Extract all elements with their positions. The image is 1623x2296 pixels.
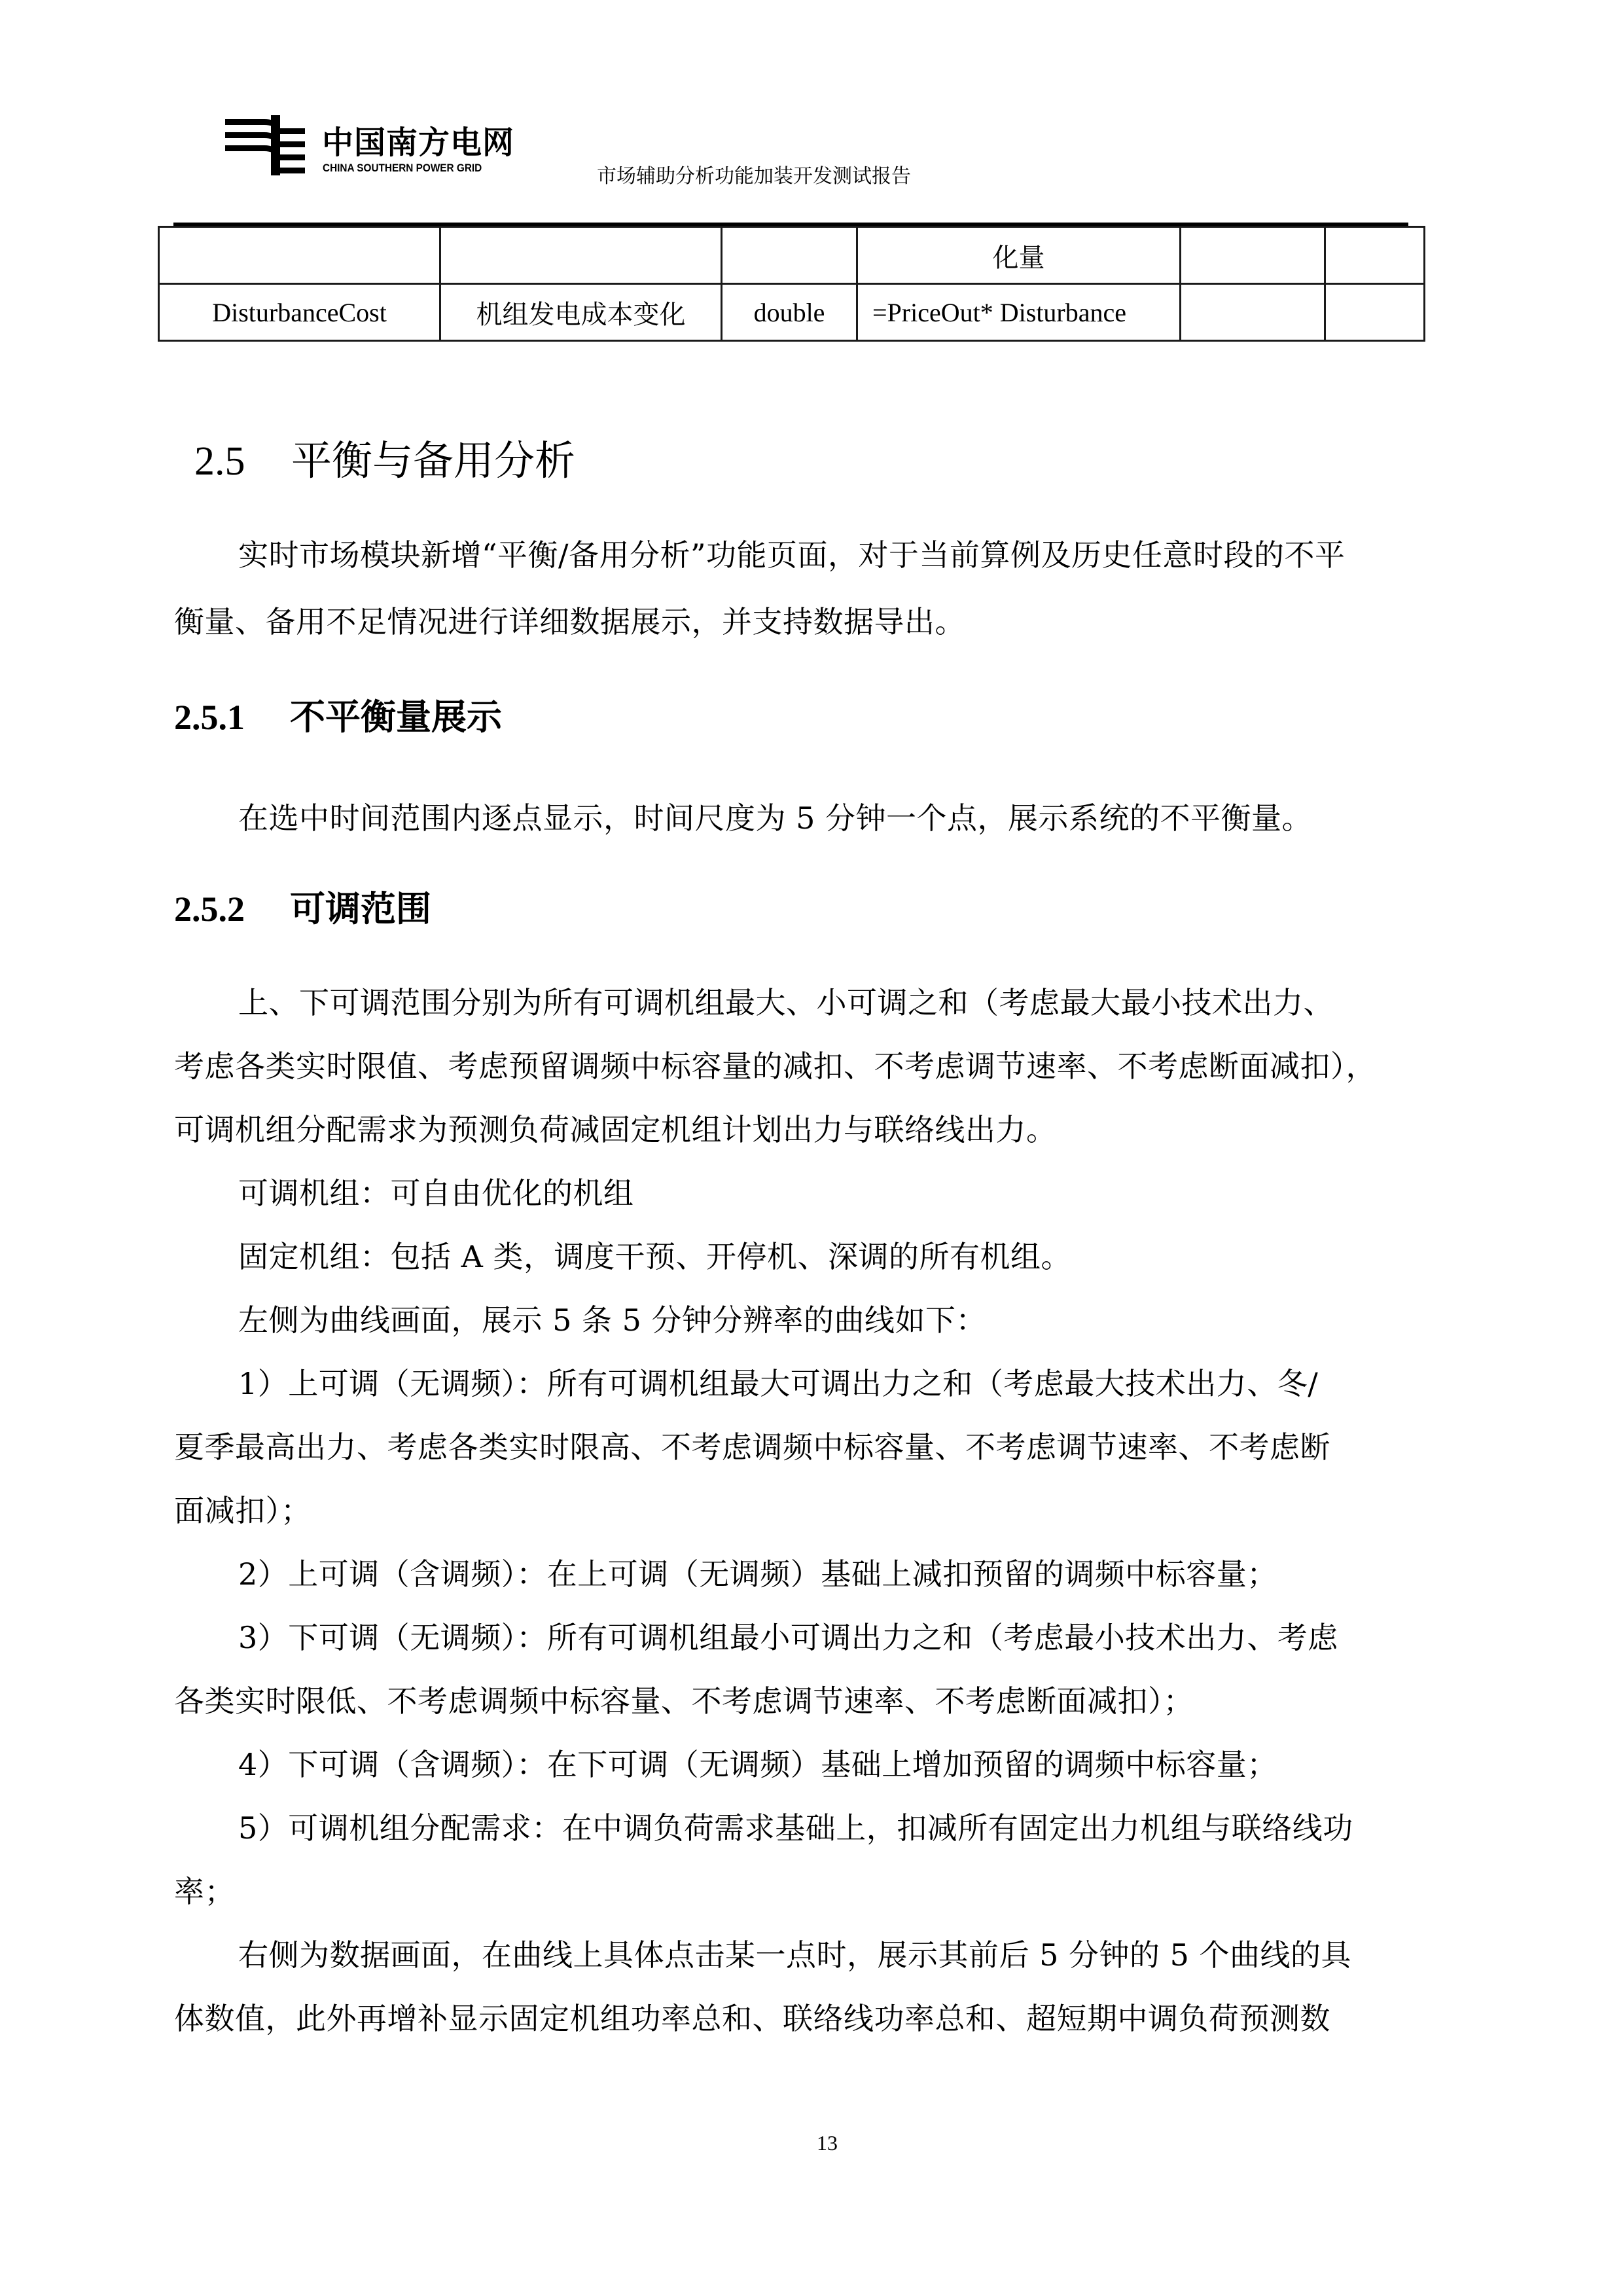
table-cell — [440, 227, 722, 284]
list-item-4: 4）下可调（含调频）：在下可调（无调频）基础上增加预留的调频中标容量； — [238, 1746, 1277, 1783]
section-title: 可调范围 — [290, 888, 431, 929]
paragraph-line: 在选中时间范围内逐点显示，时间尺度为 5 分钟一个点，展示系统的不平衡量。 — [238, 800, 1312, 836]
list-item-3-cont: 各类实时限低、不考虑调频中标容量、不考虑调节速率、不考虑断面减扣）； — [174, 1683, 1194, 1719]
table-cell-formula: =PriceOut* Disturbance — [857, 284, 1181, 341]
list-item-1-cont: 夏季最高出力、考虑各类实时限高、不考虑调频中标容量、不考虑调节速率、不考虑断 — [174, 1429, 1330, 1465]
paragraph-line: 考虑各类实时限值、考虑预留调频中标容量的减扣、不考虑调节速率、不考虑断面减扣）， — [174, 1048, 1376, 1085]
list-item-1-cont: 面减扣）； — [174, 1492, 312, 1529]
list-item-2: 2）上可调（含调频）：在上可调（无调频）基础上减扣预留的调频中标容量； — [238, 1556, 1277, 1592]
list-item-5: 5）可调机组分配需求：在中调负荷需求基础上，扣减所有固定出力机组与联络线功 — [238, 1810, 1353, 1846]
list-item-3: 3）下可调（无调频）：所有可调机组最小可调出力之和（考虑最小技术出力、考虑 — [238, 1619, 1338, 1656]
list-item-1: 1）上可调（无调频）：所有可调机组最大可调出力之和（考虑最大技术出力、冬/ — [238, 1365, 1318, 1402]
table-cell — [1325, 227, 1425, 284]
paragraph-line: 可调机组分配需求为预测负荷减固定机组计划出力与联络线出力。 — [174, 1111, 1057, 1148]
paragraph-line: 体数值，此外再增补显示固定机组功率总和、联络线功率总和、超短期中调负荷预测数 — [174, 2000, 1330, 2037]
paragraph-line: 左侧为曲线画面，展示 5 条 5 分钟分辨率的曲线如下： — [238, 1302, 986, 1338]
definition-adjustable-units: 可调机组：可自由优化的机组 — [238, 1175, 634, 1211]
table-cell: 化量 — [857, 227, 1181, 284]
table-cell-field-name: DisturbanceCost — [159, 284, 440, 341]
logo-english-name: CHINA SOUTHERN POWER GRID — [323, 162, 482, 174]
paragraph-line: 实时市场模块新增“平衡/备用分析”功能页面，对于当前算例及历史任意时段的不平 — [238, 537, 1346, 573]
section-heading-2-5-2: 2.5.2可调范围 — [174, 888, 431, 930]
field-spec-table: 化量 DisturbanceCost 机组发电成本变化 double =Pric… — [158, 226, 1425, 342]
china-southern-power-grid-logo-icon — [223, 115, 308, 175]
section-heading-2-5: 2.5平衡与备用分析 — [194, 437, 575, 485]
section-number: 2.5.1 — [174, 696, 290, 738]
page-number: 13 — [817, 2131, 838, 2155]
paragraph-line: 上、下可调范围分别为所有可调机组最大、小可调之和（考虑最大最小技术出力、 — [238, 984, 1334, 1021]
table-cell — [1181, 284, 1325, 341]
table-row: DisturbanceCost 机组发电成本变化 double =PriceOu… — [159, 284, 1425, 341]
list-item-5-cont: 率； — [174, 1873, 235, 1910]
paragraph-line: 右侧为数据画面，在曲线上具体点击某一点时，展示其前后 5 分钟的 5 个曲线的具 — [238, 1937, 1351, 1973]
section-number: 2.5 — [194, 438, 291, 485]
section-number: 2.5.2 — [174, 888, 290, 930]
definition-fixed-units: 固定机组：包括 A 类，调度干预、开停机、深调的所有机组。 — [238, 1238, 1071, 1275]
table-cell — [722, 227, 857, 284]
table-row: 化量 — [159, 227, 1425, 284]
table-cell — [1325, 284, 1425, 341]
logo-chinese-name: 中国南方电网 — [322, 126, 514, 160]
section-heading-2-5-1: 2.5.1不平衡量展示 — [174, 696, 502, 738]
table-cell — [1181, 227, 1325, 284]
table-cell-description: 机组发电成本变化 — [440, 284, 722, 341]
table-cell-type: double — [722, 284, 857, 341]
table-cell — [159, 227, 440, 284]
document-title: 市场辅助分析功能加装开发测试报告 — [597, 164, 911, 190]
paragraph-line: 衡量、备用不足情况进行详细数据展示，并支持数据导出。 — [174, 603, 965, 640]
section-title: 平衡与备用分析 — [291, 437, 575, 484]
section-title: 不平衡量展示 — [290, 696, 502, 738]
